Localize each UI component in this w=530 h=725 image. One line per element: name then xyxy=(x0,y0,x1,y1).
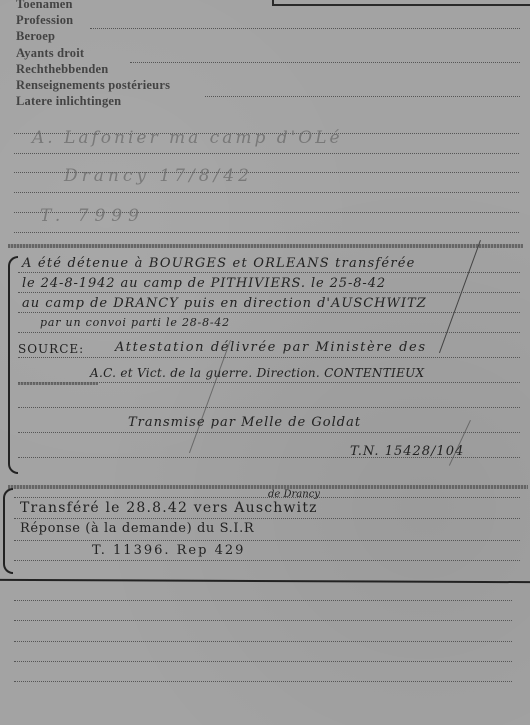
faint-entry-3: T. 7999 xyxy=(40,206,145,226)
section-divider xyxy=(8,244,523,248)
dotted-line xyxy=(18,357,520,358)
dotted-line xyxy=(14,600,512,601)
dotted-line xyxy=(14,153,519,154)
section2-superscript: de Drancy xyxy=(268,489,320,500)
section2-line-3: T. 11396. Rep 429 xyxy=(92,543,245,558)
source-line-1: Attestation délivrée par Ministère des xyxy=(115,340,427,355)
form-labels: Toenamen Profession Beroep Ayants droit … xyxy=(16,0,170,109)
source-line-3: Transmise par Melle de Goldat xyxy=(128,415,361,430)
label-ayants-droit: Ayants droit xyxy=(16,45,170,61)
dotted-line xyxy=(205,96,520,97)
dotted-line xyxy=(90,28,520,29)
dotted-line xyxy=(18,407,520,408)
dotted-line xyxy=(14,518,520,519)
section1-line-3: au camp de DRANCY puis en direction d'AU… xyxy=(22,296,427,311)
brace-section-1 xyxy=(8,256,18,474)
section1-line-2: le 24-8-1942 au camp de PITHIVIERS. le 2… xyxy=(22,276,386,291)
dotted-line xyxy=(18,332,520,333)
diagonal-stroke xyxy=(439,240,481,353)
faint-entry-1: A. Lafonier ma camp d'OLé xyxy=(32,128,343,148)
label-profession: Profession xyxy=(16,12,170,28)
section1-line-4: par un convoi parti le 28-8-42 xyxy=(40,316,230,329)
dotted-line xyxy=(18,432,520,433)
source-label: SOURCE: xyxy=(18,342,84,356)
dotted-line xyxy=(18,292,520,293)
dotted-line xyxy=(14,661,512,662)
section2-line-2: Réponse (à la demande) du S.I.R xyxy=(20,521,254,536)
dotted-line xyxy=(14,560,520,561)
dotted-line xyxy=(14,232,519,233)
label-rechthebbenden: Rechthebbenden xyxy=(16,61,170,77)
label-toenamen: Toenamen xyxy=(16,0,170,12)
dotted-line xyxy=(14,681,512,682)
section2-line-1: Transféré le 28.8.42 vers Auschwitz xyxy=(20,500,318,516)
dotted-line xyxy=(14,497,520,498)
dotted-line xyxy=(14,540,520,541)
label-beroep: Beroep xyxy=(16,28,170,44)
underline-smudge xyxy=(18,382,98,385)
dotted-line xyxy=(14,192,519,193)
faint-entry-2: Drancy 17/8/42 xyxy=(64,166,253,186)
dotted-line xyxy=(130,62,520,63)
top-right-box-border xyxy=(272,0,530,6)
label-latere-inlichtingen: Latere inlichtingen xyxy=(16,93,170,109)
section1-line-1: A été détenue à BOURGES et ORLEANS trans… xyxy=(22,256,416,271)
dotted-line xyxy=(14,620,512,621)
dotted-line xyxy=(18,312,520,313)
label-renseignements: Renseignements postérieurs xyxy=(16,77,170,93)
dotted-line xyxy=(18,272,520,273)
source-line-2: A.C. et Vict. de la guerre. Direction. C… xyxy=(90,366,424,380)
dotted-line xyxy=(14,641,512,642)
brace-section-2 xyxy=(3,488,13,574)
section-bottom-rule xyxy=(0,579,530,583)
source-line-4: T.N. 15428/104 xyxy=(350,444,464,459)
